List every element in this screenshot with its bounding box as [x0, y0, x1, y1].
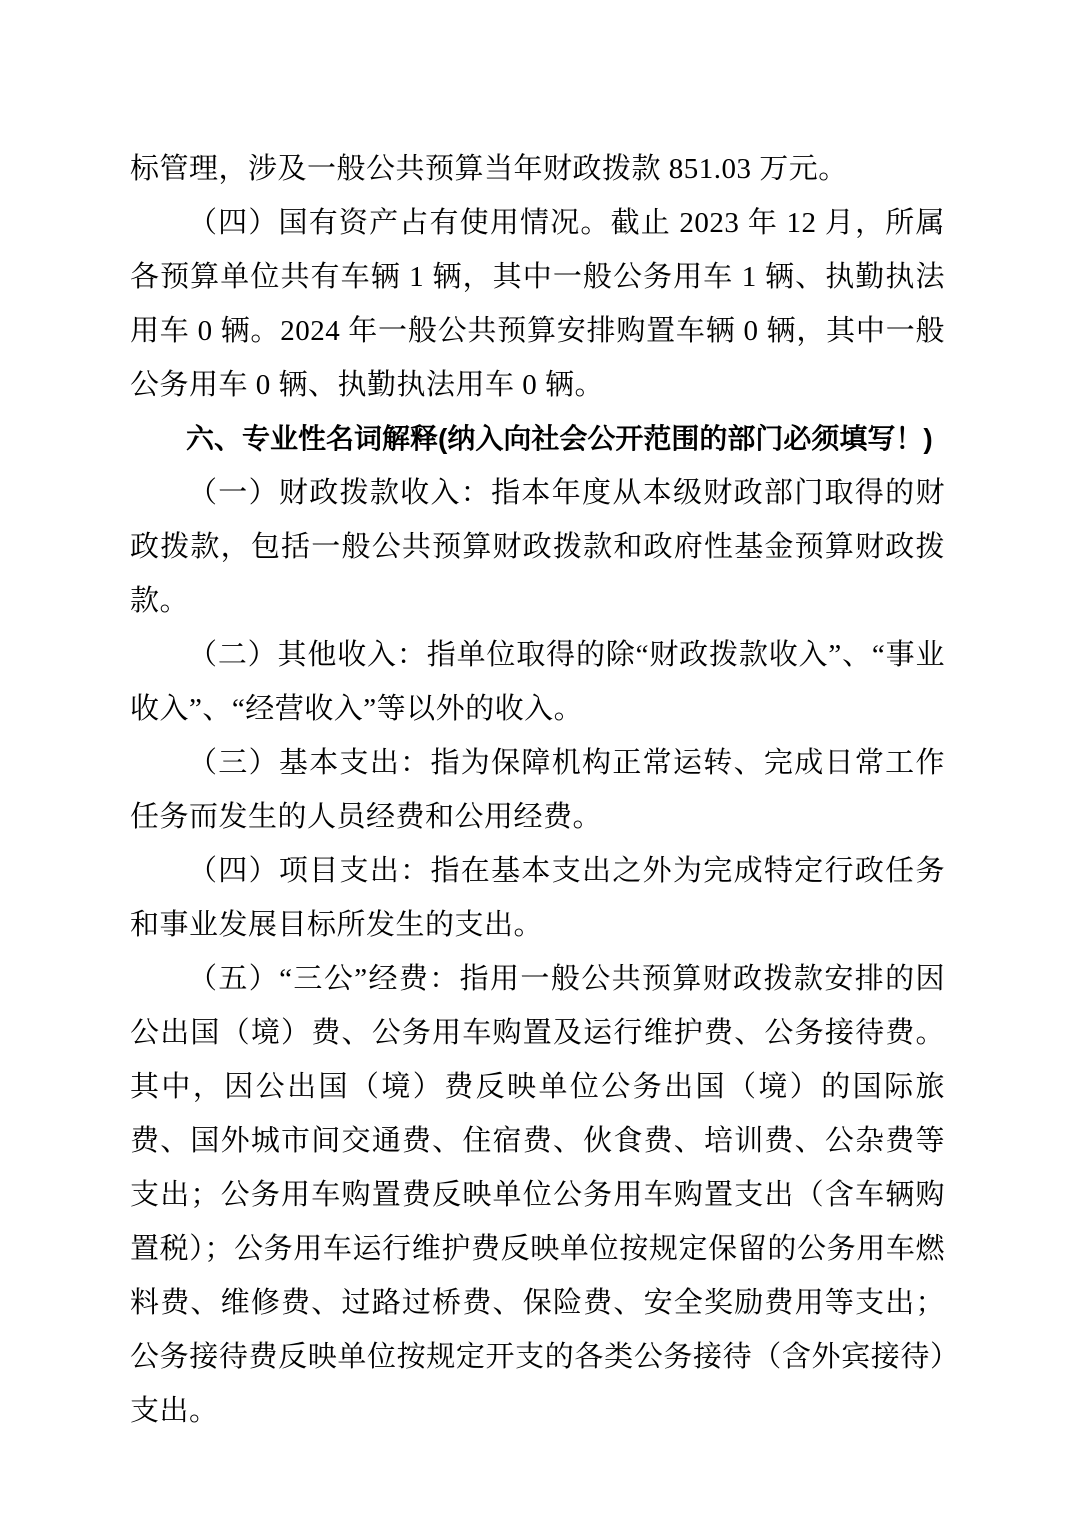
para-term-three-public-funds: （五）“三公”经费：指用一般公共预算财政拨款安排的因公出国（境）费、公务用车购置… [130, 952, 945, 1438]
document-page: 标管理，涉及一般公共预算当年财政拨款 851.03 万元。 （四）国有资产占有使… [0, 0, 1074, 1520]
para-term-fiscal-appropriation-income: （一）财政拨款收入：指本年度从本级财政部门取得的财政拨款，包括一般公共预算财政拨… [130, 466, 945, 628]
para-term-other-income: （二）其他收入：指单位取得的除“财政拨款收入”、“事业收入”、“经营收入”等以外… [130, 628, 945, 736]
para-state-asset-usage: （四）国有资产占有使用情况。截止 2023 年 12 月，所属各预算单位共有车辆… [130, 196, 945, 412]
document-body: 标管理，涉及一般公共预算当年财政拨款 851.03 万元。 （四）国有资产占有使… [130, 142, 945, 1438]
para-continuation-target-management: 标管理，涉及一般公共预算当年财政拨款 851.03 万元。 [130, 142, 945, 196]
para-term-project-expenditure: （四）项目支出：指在基本支出之外为完成特定行政任务和事业发展目标所发生的支出。 [130, 844, 945, 952]
section-heading-glossary: 六、专业性名词解释(纳入向社会公开范围的部门必须填写！) [130, 412, 945, 466]
para-term-basic-expenditure: （三）基本支出：指为保障机构正常运转、完成日常工作任务而发生的人员经费和公用经费… [130, 736, 945, 844]
